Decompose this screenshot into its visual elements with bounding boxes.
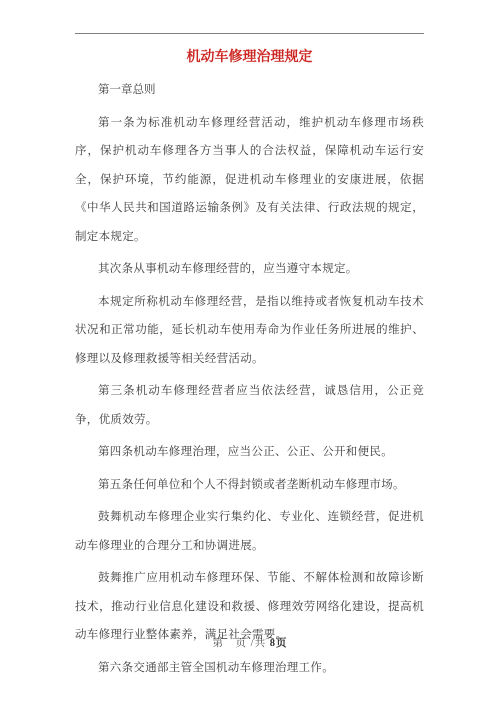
document-title: 机动车修理治理规定 (75, 46, 424, 66)
paragraph: 第六条交通部主管全国机动车修理治理工作。 (75, 654, 424, 683)
paragraph: 本规定所称机动车修理经营，是指以维持或者恢复机动车技术状况和正常功能，延长机动车… (75, 288, 424, 374)
paragraph: 鼓舞机动车修理企业实行集约化、专业化、连锁经营，促进机动车修理业的合理分工和协调… (75, 503, 424, 560)
paragraph: 第三条机动车修理经营者应当依法经营，诚恳信用，公正竞争，优质效劳。 (75, 377, 424, 434)
page-footer: 第 页 /共 8页 (0, 635, 500, 650)
document-page: 机动车修理治理规定 第一章总则 第一条为标准机动车修理经营活动，维护机动车修理市… (0, 0, 500, 707)
chapter-heading: 第一章总则 (75, 76, 424, 105)
paragraph: 第四条机动车修理治理，应当公正、公正、公开和便民。 (75, 438, 424, 467)
paragraph: 其次条从事机动车修理经营的，应当遵守本规定。 (75, 255, 424, 284)
header-rule (75, 33, 424, 34)
paragraph: 第五条任何单位和个人不得封锁或者垄断机动车修理市场。 (75, 471, 424, 500)
footer-page-label: 第 页 /共 (213, 638, 267, 649)
paragraph: 第一条为标准机动车修理经营活动，维护机动车修理市场秩序，保护机动车修理各方当事人… (75, 109, 424, 252)
footer-total-pages: 8页 (270, 638, 288, 649)
